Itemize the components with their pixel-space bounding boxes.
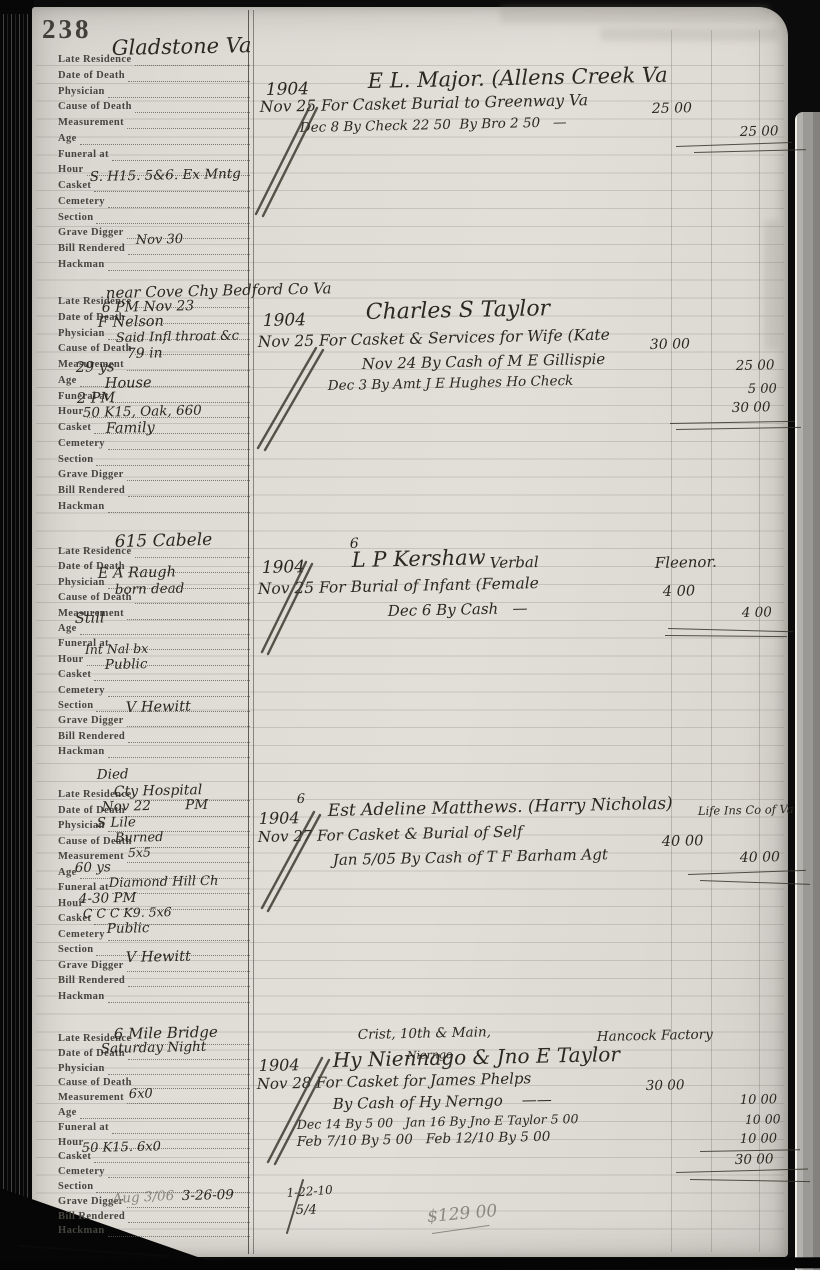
- form-label-text: Cemetery: [58, 1166, 105, 1178]
- form-label-row-measurement: Measurement: [58, 115, 250, 129]
- form-label-text: Measurement: [58, 1092, 124, 1104]
- entry-payment-amount: 4 00: [742, 606, 772, 620]
- dotted-leader-line: [112, 1122, 250, 1134]
- entry-year: 1904: [262, 559, 306, 577]
- field-date-of-death: 6 PM Nov 23: [102, 299, 195, 315]
- form-label-text: Hour: [58, 654, 84, 666]
- field-measurement: 6x0: [129, 1088, 153, 1101]
- form-label-text: Bill Rendered: [58, 975, 125, 987]
- page-number: 238: [42, 14, 92, 45]
- entry-header-note: Crist, 10th & Main,: [358, 1026, 491, 1042]
- form-label-row-grave-digger: Grave Digger: [58, 467, 250, 481]
- entry-margin-mark: 6: [297, 793, 306, 806]
- dotted-leader-line: [127, 469, 250, 481]
- dotted-leader-line: [108, 1063, 250, 1075]
- form-label-text: Cemetery: [58, 685, 105, 697]
- entry-name: Hy Niennago & Jno E Taylor: [333, 1044, 620, 1070]
- form-label-row-bill-rendered: Bill Rendered: [58, 973, 250, 987]
- dotted-leader-line: [80, 133, 250, 145]
- field-cause-of-death: Said Infl throat &c: [116, 329, 239, 345]
- form-label-text: Cause of Death: [58, 1077, 132, 1089]
- field-physician: E A Raugh: [98, 565, 176, 581]
- field-casket: 50 K15, Oak, 660: [83, 405, 202, 421]
- form-label-row-date-of-death: Date of Death: [58, 68, 250, 82]
- form-label-row-measurement: Measurement: [58, 1090, 250, 1104]
- field-age: 60 ys: [75, 861, 111, 875]
- dotted-leader-line: [108, 1166, 250, 1178]
- entry-total-amount: 30 00: [735, 1153, 774, 1167]
- form-label-text: Hackman: [58, 991, 105, 1003]
- form-label-text: Date of Death: [58, 70, 125, 82]
- field-bill-rendered-pencil: Aug 3/06: [112, 1190, 174, 1207]
- field-casket: 50 K15. 6x0: [82, 1140, 161, 1155]
- next-page-edge: [795, 112, 820, 1270]
- bleedthrough-smudge: [600, 28, 780, 41]
- form-label-text: Funeral at: [58, 1122, 109, 1134]
- form-label-text: Section: [58, 454, 93, 466]
- field-age: 29 ys: [76, 360, 115, 375]
- form-label-text: Section: [58, 1181, 93, 1193]
- dotted-leader-line: [80, 623, 250, 635]
- form-label-row-cemetery: Cemetery: [58, 436, 250, 450]
- entry-charge-amount: 4 00: [663, 584, 696, 599]
- field-physician: F Nelson: [98, 315, 164, 331]
- form-label-text: Hackman: [58, 746, 105, 758]
- form-label-text: Age: [58, 623, 77, 635]
- form-label-row-physician: Physician: [58, 1061, 250, 1075]
- form-label-row-funeral-at: Funeral at: [58, 1120, 250, 1134]
- form-label-text: Bill Rendered: [58, 1211, 125, 1223]
- payment-column-rule: [711, 30, 712, 1252]
- field-physician: S Lile: [97, 816, 136, 830]
- dotted-leader-line: [108, 685, 250, 697]
- field-date-of-death: Nov 22 PM: [102, 799, 209, 815]
- entry-year: 1904: [259, 810, 300, 827]
- form-label-row-cause-of-death: Cause of Death: [58, 99, 250, 113]
- entry-note: Fleenor.: [655, 555, 717, 571]
- form-label-text: Funeral at: [58, 149, 109, 161]
- form-label-row-hackman: Hackman: [58, 744, 250, 758]
- form-label-text: Hour: [58, 164, 84, 176]
- entry-year: 1904: [259, 1057, 300, 1074]
- dotted-leader-line: [127, 715, 250, 727]
- entry-payment-amount: 10 00: [740, 1132, 777, 1146]
- field-casket: Int Nal bx: [85, 643, 149, 657]
- form-label-text: Bill Rendered: [58, 485, 125, 497]
- entry-payment-amount: 10 00: [745, 1113, 781, 1126]
- form-label-row-bill-rendered: Bill Rendered: [58, 483, 250, 497]
- dotted-leader-line: [128, 975, 250, 987]
- field-age: Still: [75, 611, 105, 626]
- form-label-row-age: Age: [58, 131, 250, 145]
- field-grave-digger: V Hewitt: [126, 700, 191, 716]
- form-label-text: Casket: [58, 422, 91, 434]
- ledger-scan-page: 238 Late ResidenceDate of DeathPhysician…: [0, 0, 820, 1270]
- form-label-text: Hour: [58, 1137, 84, 1149]
- dotted-leader-line: [108, 86, 250, 98]
- form-label-row-cemetery: Cemetery: [58, 194, 250, 208]
- note-above: Died: [97, 768, 129, 782]
- dotted-leader-line: [128, 1211, 250, 1223]
- entry-payment-amount: 5 00: [748, 382, 777, 396]
- form-label-row-grave-digger: Grave Digger: [58, 713, 250, 727]
- form-label-row-cause-of-death: Cause of Death: [58, 1075, 250, 1089]
- dotted-leader-line: [96, 454, 250, 466]
- dotted-leader-line: [112, 391, 250, 403]
- form-label-text: Bill Rendered: [58, 243, 125, 255]
- form-label-text: Grave Digger: [58, 960, 124, 972]
- form-label-text: Cause of Death: [58, 101, 132, 113]
- form-label-text: Age: [58, 375, 77, 387]
- bleedthrough-smudge: [764, 220, 780, 350]
- field-cemetery: Public: [107, 922, 150, 936]
- entry-total-amount: 30 00: [732, 401, 771, 415]
- footer-date-note: 1-22-10: [286, 1184, 333, 1199]
- form-label-text: Grave Digger: [58, 469, 124, 481]
- footer-fraction-note: 5/4: [296, 1204, 317, 1217]
- field-bill-rendered-ink: 3-26-09: [182, 1189, 234, 1204]
- entry-payment-line: Dec 6 By Cash —: [388, 601, 528, 619]
- entry-name-suffix: Life Ins Co of Va: [698, 804, 794, 818]
- dotted-leader-line: [108, 438, 250, 450]
- dotted-leader-line: [108, 501, 250, 513]
- entry-name: Charles S Taylor: [366, 298, 551, 324]
- form-label-text: Hackman: [58, 259, 105, 271]
- form-label-text: Hour: [58, 406, 84, 418]
- entry-payment-amount: 40 00: [740, 850, 780, 865]
- dotted-leader-line: [108, 746, 250, 758]
- field-cemetery: Family: [106, 421, 155, 437]
- form-label-row-cemetery: Cemetery: [58, 683, 250, 697]
- entry-payment-amount: 25 00: [740, 125, 779, 139]
- dotted-leader-line: [108, 991, 250, 1003]
- entry-year: 1904: [263, 312, 307, 330]
- form-label-row-cemetery: Cemetery: [58, 927, 250, 941]
- field-funeral-at: House: [105, 376, 152, 391]
- entry-payment-line: By Cash of Hy Nerngo ——: [333, 1092, 552, 1112]
- field-cause-of-death: Burned: [115, 831, 164, 845]
- form-label-text: Measurement: [58, 117, 124, 129]
- bleedthrough-smudge: [500, 5, 770, 23]
- dotted-leader-line: [127, 608, 250, 620]
- entry-charge-amount: 30 00: [646, 1079, 685, 1093]
- payment-column-rule-2: [759, 30, 760, 1252]
- form-label-row-cemetery: Cemetery: [58, 1164, 250, 1178]
- form-label-text: Physician: [58, 86, 105, 98]
- form-label-text: Hackman: [58, 501, 105, 513]
- form-label-text: Physician: [58, 1063, 105, 1075]
- form-label-row-hackman: Hackman: [58, 257, 250, 271]
- field-cause-of-death: born dead: [115, 583, 185, 598]
- form-label-row-hackman: Hackman: [58, 1223, 250, 1237]
- entry-note: Verbal: [490, 555, 539, 571]
- form-label-row-hackman: Hackman: [58, 499, 250, 513]
- form-label-text: Section: [58, 212, 93, 224]
- form-label-text: Bill Rendered: [58, 731, 125, 743]
- form-label-text: Cemetery: [58, 438, 105, 450]
- entry-payment-amount: 10 00: [740, 1093, 777, 1107]
- field-bill-rendered: Nov 30: [136, 233, 183, 247]
- dotted-leader-line: [80, 1107, 250, 1119]
- form-label-text: Casket: [58, 180, 91, 192]
- form-label-row-funeral-at: Funeral at: [58, 147, 250, 161]
- field-measurement: 79 in: [127, 346, 163, 361]
- form-label-text: Casket: [58, 669, 91, 681]
- field-date-of-death: Saturday Night: [101, 1041, 207, 1057]
- form-label-row-bill-rendered: Bill Rendered: [58, 1209, 250, 1223]
- entry-payment-amount: 25 00: [736, 359, 775, 373]
- form-label-row-hackman: Hackman: [58, 989, 250, 1003]
- form-label-text: Cemetery: [58, 196, 105, 208]
- dotted-leader-line: [135, 101, 250, 113]
- form-label-text: Grave Digger: [58, 715, 124, 727]
- entry-charge-amount: 40 00: [662, 834, 704, 849]
- form-label-text: Section: [58, 700, 93, 712]
- field-casket: C C C K9. 5x6: [83, 906, 172, 920]
- form-label-text: Hackman: [58, 1225, 105, 1237]
- form-label-text: Grave Digger: [58, 227, 124, 239]
- dotted-leader-line: [128, 485, 250, 497]
- form-label-text: Section: [58, 944, 93, 956]
- dotted-leader-line: [96, 212, 250, 224]
- entry-name: L P Kershaw: [352, 547, 486, 571]
- dotted-leader-line: [128, 731, 250, 743]
- field-casket: S. H15. 5&6. Ex Mntg: [90, 168, 241, 185]
- field-cemetery: Public: [105, 658, 148, 672]
- field-measurement: 5x5: [128, 847, 151, 860]
- form-label-text: Age: [58, 133, 77, 145]
- dotted-leader-line: [127, 117, 250, 129]
- page-edge-streaks: [3, 14, 29, 1214]
- dotted-leader-line: [108, 196, 250, 208]
- form-label-row-section: Section: [58, 452, 250, 466]
- dotted-leader-line: [108, 1225, 250, 1237]
- form-label-text: Age: [58, 1107, 77, 1119]
- form-label-text: Cemetery: [58, 929, 105, 941]
- form-label-row-section: Section: [58, 210, 250, 224]
- field-grave-digger: V Hewitt: [126, 950, 191, 966]
- charge-column-rule: [671, 30, 672, 1252]
- dotted-leader-line: [108, 259, 250, 271]
- field-funeral-at: Diamond Hill Ch: [109, 875, 219, 890]
- field-late-residence: 615 Cabele: [115, 532, 213, 551]
- dotted-leader-line: [112, 149, 250, 161]
- entry-charge-amount: 25 00: [652, 101, 692, 116]
- form-label-row-casket: Casket: [58, 667, 250, 681]
- field-late-residence: Gladstone Va: [112, 35, 252, 59]
- form-label-row-physician: Physician: [58, 84, 250, 98]
- form-label-row-age: Age: [58, 1105, 250, 1119]
- form-label-row-bill-rendered: Bill Rendered: [58, 729, 250, 743]
- dotted-leader-line: [128, 70, 250, 82]
- entry-charge-amount: 30 00: [650, 337, 690, 352]
